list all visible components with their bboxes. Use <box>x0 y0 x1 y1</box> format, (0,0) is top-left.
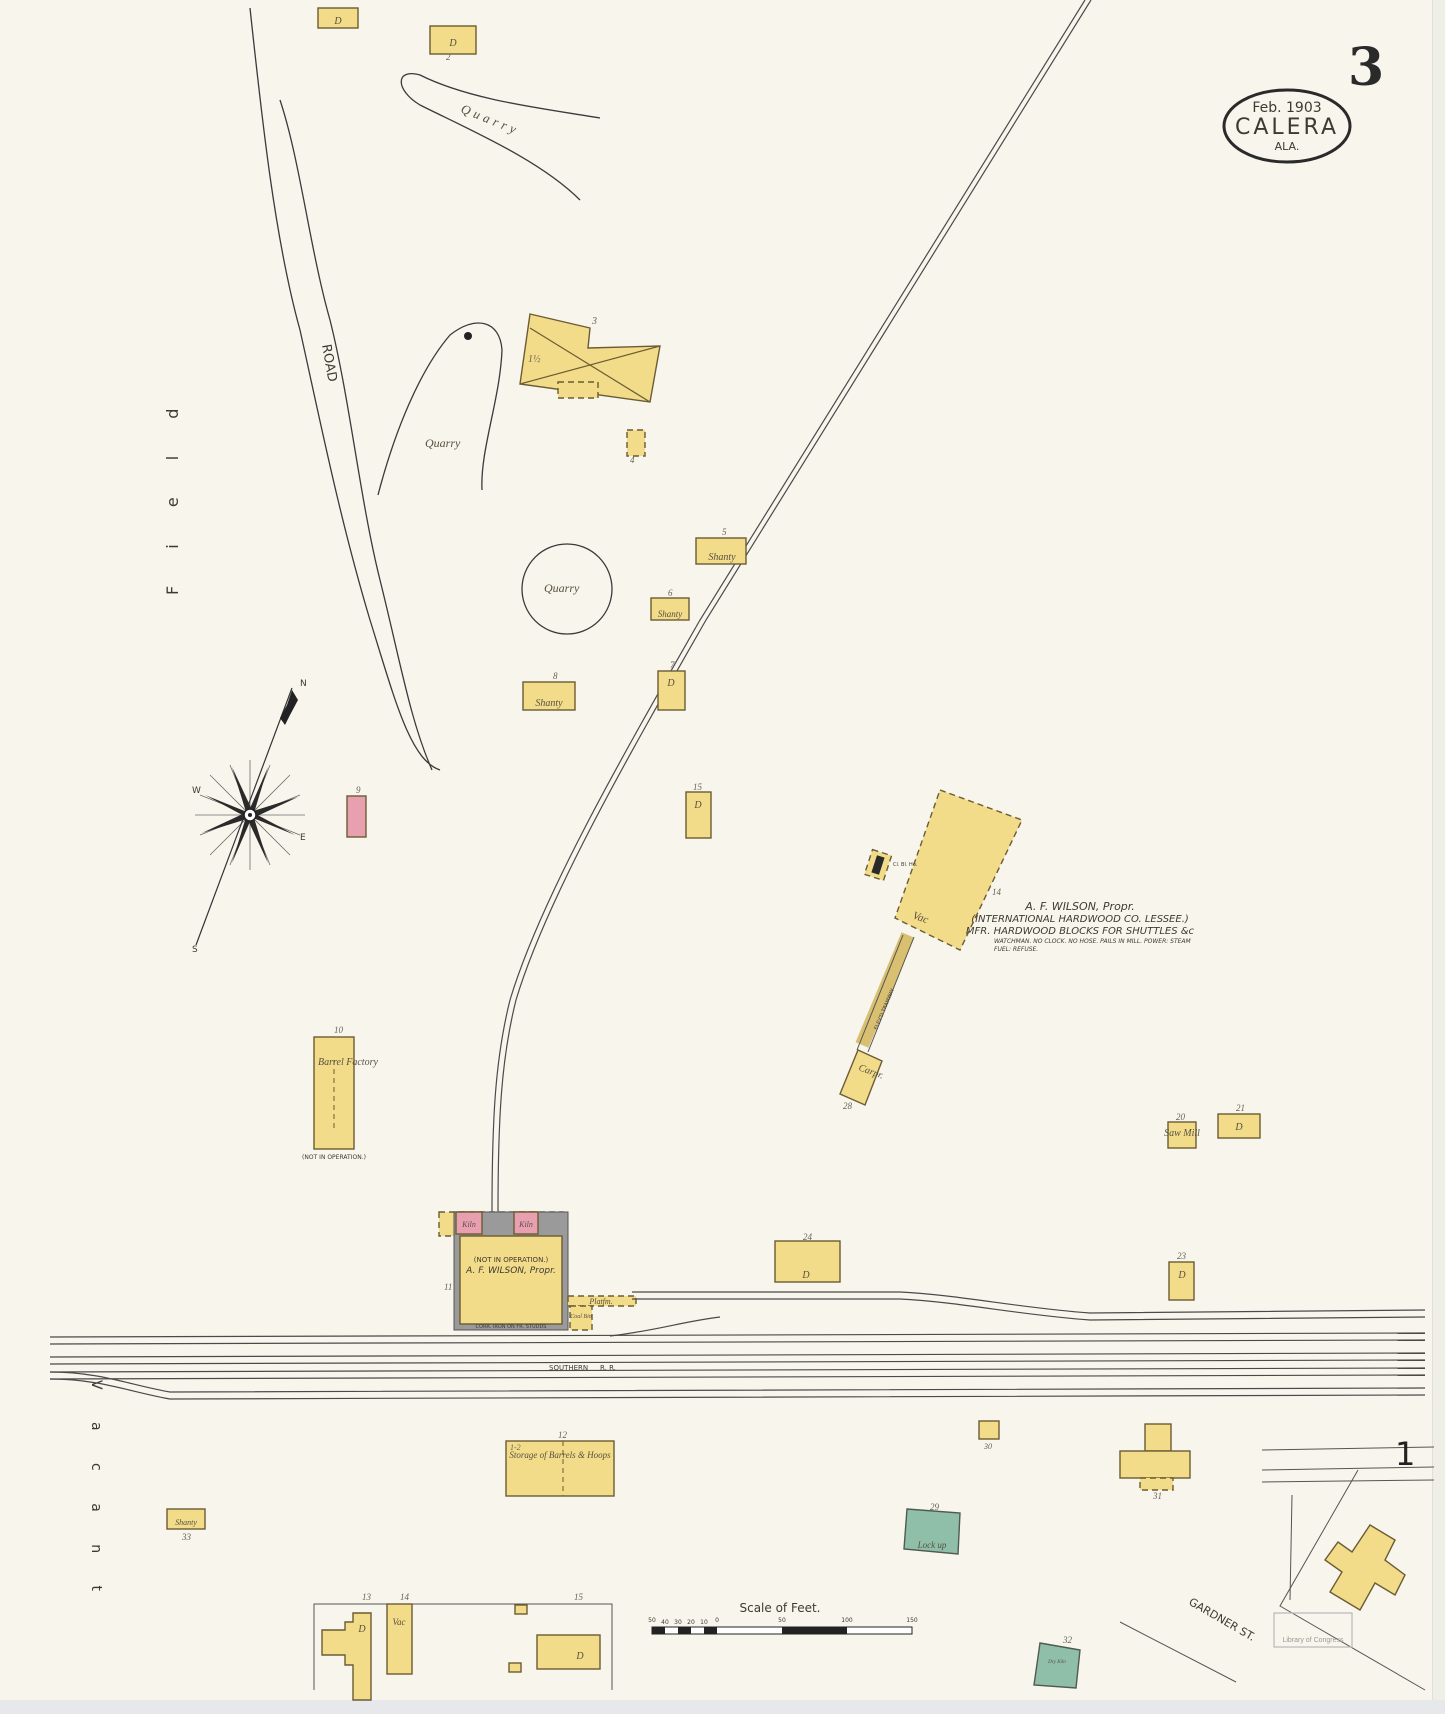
svg-text:1½: 1½ <box>528 354 541 365</box>
svg-text:50: 50 <box>648 1617 656 1624</box>
building-33-shanty[interactable]: Shanty 33 <box>167 1509 205 1542</box>
svg-text:Storage of Barrels & Hoops: Storage of Barrels & Hoops <box>509 1450 611 1460</box>
svg-text:24: 24 <box>803 1232 813 1242</box>
svg-text:Shanty: Shanty <box>708 552 736 563</box>
building-9[interactable]: 9 <box>347 785 366 837</box>
svg-text:FUEL: REFUSE.: FUEL: REFUSE. <box>994 946 1038 953</box>
svg-text:D: D <box>448 38 457 49</box>
svg-text:10: 10 <box>334 1025 344 1035</box>
svg-text:31: 31 <box>1152 1491 1162 1501</box>
svg-text:8: 8 <box>553 671 558 681</box>
building-11-kiln-works[interactable]: Kiln Kiln (NOT IN OPERATION.) A. F. WILS… <box>439 1212 636 1330</box>
building-1[interactable]: D <box>318 8 358 28</box>
svg-text:5: 5 <box>722 527 727 537</box>
building-7[interactable]: D 7 <box>658 660 685 710</box>
page-number: 3 <box>1348 37 1384 98</box>
elevated-tramway: ELEV'D TRAMWAY <box>857 935 914 1052</box>
adjoining-sheet-marker[interactable]: 1 <box>1262 1435 1434 1482</box>
svg-text:9: 9 <box>356 785 361 795</box>
svg-text:20: 20 <box>687 1619 695 1626</box>
quarry-top-label: Quarry <box>459 101 522 138</box>
svg-text:0: 0 <box>715 1617 719 1624</box>
svg-text:Shanty: Shanty <box>535 698 563 709</box>
building-13[interactable]: D 13 <box>322 1592 372 1700</box>
svg-text:30: 30 <box>983 1442 992 1451</box>
southern-railroad: SOUTHERN R. R. <box>50 1292 1425 1399</box>
svg-text:A. F. WILSON, Propr.: A. F. WILSON, Propr. <box>465 1266 556 1276</box>
svg-text:Shanty: Shanty <box>175 1518 197 1527</box>
svg-text:Lock up: Lock up <box>917 1540 947 1550</box>
title-cartouche: Feb. 1903 CALERA ALA. <box>1224 90 1350 162</box>
compass-s: S <box>192 945 198 955</box>
svg-text:D: D <box>333 16 342 27</box>
svg-text:D: D <box>575 1651 584 1662</box>
svg-text:3: 3 <box>591 316 597 327</box>
sawmill-notes: A. F. WILSON, Propr. (INTERNATIONAL HARD… <box>966 900 1195 953</box>
vacant-label: V a c a n t <box>88 1380 104 1605</box>
svg-text:A. F. WILSON, Propr.: A. F. WILSON, Propr. <box>1024 900 1135 913</box>
building-24[interactable]: D 21 <box>1218 1103 1260 1138</box>
svg-text:D: D <box>1234 1122 1243 1133</box>
svg-text:14: 14 <box>400 1592 410 1602</box>
building-14-label: Vac <box>393 1617 406 1627</box>
scale-bar: Scale of Feet. 50 40 30 20 10 0 50 100 1… <box>648 1601 918 1634</box>
svg-text:R. R.: R. R. <box>600 1364 616 1372</box>
svg-text:Platfm.: Platfm. <box>588 1297 612 1306</box>
svg-text:23: 23 <box>1177 1251 1187 1261</box>
quarry-top: Quarry <box>401 74 600 200</box>
road: ROAD <box>250 8 440 770</box>
svg-text:20: 20 <box>1176 1112 1186 1122</box>
building-26[interactable]: D 23 <box>1169 1251 1194 1300</box>
svg-text:D: D <box>1177 1270 1186 1281</box>
svg-text:32: 32 <box>1062 1635 1073 1645</box>
building-23[interactable]: Saw Mill 20 <box>1164 1112 1200 1148</box>
svg-text:(NOT IN OPERATION.): (NOT IN OPERATION.) <box>302 1154 366 1161</box>
compass-n: N <box>300 679 307 689</box>
svg-text:7: 7 <box>670 660 675 670</box>
quarry-round: Quarry <box>522 544 612 634</box>
building-27-comissary[interactable]: D 24 <box>775 1232 840 1282</box>
cartouche-date: Feb. 1903 <box>1252 100 1321 116</box>
svg-text:Cl. Bl. Ho.: Cl. Bl. Ho. <box>893 862 918 868</box>
svg-text:CORR. IRON ON FR. STUDDS: CORR. IRON ON FR. STUDDS <box>476 1324 547 1330</box>
svg-text:21: 21 <box>1236 1103 1245 1113</box>
svg-text:12: 12 <box>558 1430 568 1440</box>
svg-text:30: 30 <box>674 1619 682 1626</box>
library-stamp: Library of Congress <box>1274 1613 1352 1647</box>
quarry-mid: Quarry <box>378 323 502 495</box>
barrel-factory-label: Barrel Factory <box>318 1057 378 1068</box>
svg-text:WATCHMAN. NO CLOCK. NO HOSE. P: WATCHMAN. NO CLOCK. NO HOSE. PAILS IN MI… <box>994 938 1192 945</box>
railroad-spur <box>492 0 1091 1214</box>
svg-text:D: D <box>666 678 675 689</box>
svg-text:Kiln: Kiln <box>518 1220 533 1229</box>
svg-text:14: 14 <box>992 887 1002 897</box>
svg-text:11: 11 <box>444 1282 452 1292</box>
svg-text:Dry Kiln: Dry Kiln <box>1047 1660 1066 1665</box>
building-4[interactable]: 4 <box>627 430 645 465</box>
svg-text:D: D <box>693 800 702 811</box>
cartouche-state: ALA. <box>1275 140 1300 153</box>
svg-text:4: 4 <box>630 455 635 465</box>
map-canvas[interactable]: 3 Feb. 1903 CALERA ALA. ROAD F i e l d V… <box>0 0 1445 1714</box>
svg-text:10: 10 <box>700 1619 708 1626</box>
quarry-mid-label: Quarry <box>425 436 461 450</box>
building-28-carpenter[interactable]: Lock up 29 <box>904 1502 960 1554</box>
svg-text:100: 100 <box>841 1617 853 1624</box>
cartouche-town: CALERA <box>1235 115 1339 140</box>
svg-text:Library of Congress: Library of Congress <box>1282 1637 1344 1644</box>
building-2[interactable]: D 2 <box>430 26 476 62</box>
building-12-storage[interactable]: Storage of Barrels & Hoops 1-2 12 <box>506 1430 614 1496</box>
svg-text:MFR. HARDWOOD BLOCKS FOR SHUTT: MFR. HARDWOOD BLOCKS FOR SHUTTLES &c <box>966 926 1195 937</box>
building-5[interactable]: Shanty 5 <box>696 527 746 564</box>
svg-text:(INTERNATIONAL HARDWOOD CO. LE: (INTERNATIONAL HARDWOOD CO. LESSEE.) <box>971 914 1189 925</box>
svg-text:33: 33 <box>181 1532 192 1542</box>
svg-text:Coal Bin: Coal Bin <box>570 1314 592 1320</box>
svg-text:13: 13 <box>362 1592 372 1602</box>
svg-text:(NOT IN OPERATION.): (NOT IN OPERATION.) <box>474 1256 549 1264</box>
building-8[interactable]: Shanty 8 <box>523 671 575 710</box>
svg-text:1-2: 1-2 <box>510 1443 521 1452</box>
dry-kiln-32[interactable]: Carpr. 28 <box>840 1050 885 1111</box>
compass-rose[interactable]: N S E W <box>192 679 307 955</box>
svg-text:29: 29 <box>930 1502 940 1512</box>
quarry-round-label: Quarry <box>544 581 580 595</box>
building-21[interactable]: D 15 <box>686 782 711 838</box>
building-corner-church[interactable] <box>1325 1525 1405 1610</box>
svg-text:2: 2 <box>446 52 451 62</box>
svg-text:1: 1 <box>1395 1435 1415 1473</box>
building-3[interactable]: 3 1½ <box>520 314 660 402</box>
svg-text:15: 15 <box>574 1592 584 1602</box>
building-6[interactable]: Shanty 6 <box>651 588 689 620</box>
field-label: F i e l d <box>163 393 182 595</box>
building-29-lockup[interactable]: 30 <box>979 1421 999 1451</box>
svg-text:Scale of Feet.: Scale of Feet. <box>739 1601 820 1615</box>
boiler-house[interactable]: Cl. Bl. Ho. <box>864 850 917 881</box>
svg-text:D: D <box>801 1270 810 1281</box>
svg-text:D: D <box>357 1624 366 1635</box>
svg-text:6: 6 <box>668 588 673 598</box>
svg-text:40: 40 <box>661 1619 669 1626</box>
building-10-barrel-factory[interactable]: Barrel Factory 10 (NOT IN OPERATION.) <box>302 1025 378 1161</box>
svg-text:150: 150 <box>906 1617 918 1624</box>
svg-text:GARDNER ST.: GARDNER ST. <box>1187 1595 1258 1643</box>
svg-text:28: 28 <box>843 1101 853 1111</box>
svg-text:Saw Mill: Saw Mill <box>1164 1128 1200 1139</box>
building-30-lodge[interactable]: 31 <box>1120 1424 1190 1501</box>
svg-text:Shanty: Shanty <box>658 609 683 619</box>
building-31-supplies[interactable]: Dry Kiln 32 <box>1034 1635 1080 1688</box>
svg-text:15: 15 <box>693 782 703 792</box>
svg-text:Kiln: Kiln <box>461 1220 476 1229</box>
building-14[interactable]: Vac Comissary. Vac 14 <box>387 1592 412 1674</box>
compass-e: E <box>300 833 306 843</box>
svg-text:SOUTHERN: SOUTHERN <box>549 1364 588 1372</box>
compass-w: W <box>192 786 201 796</box>
svg-text:50: 50 <box>778 1617 786 1624</box>
